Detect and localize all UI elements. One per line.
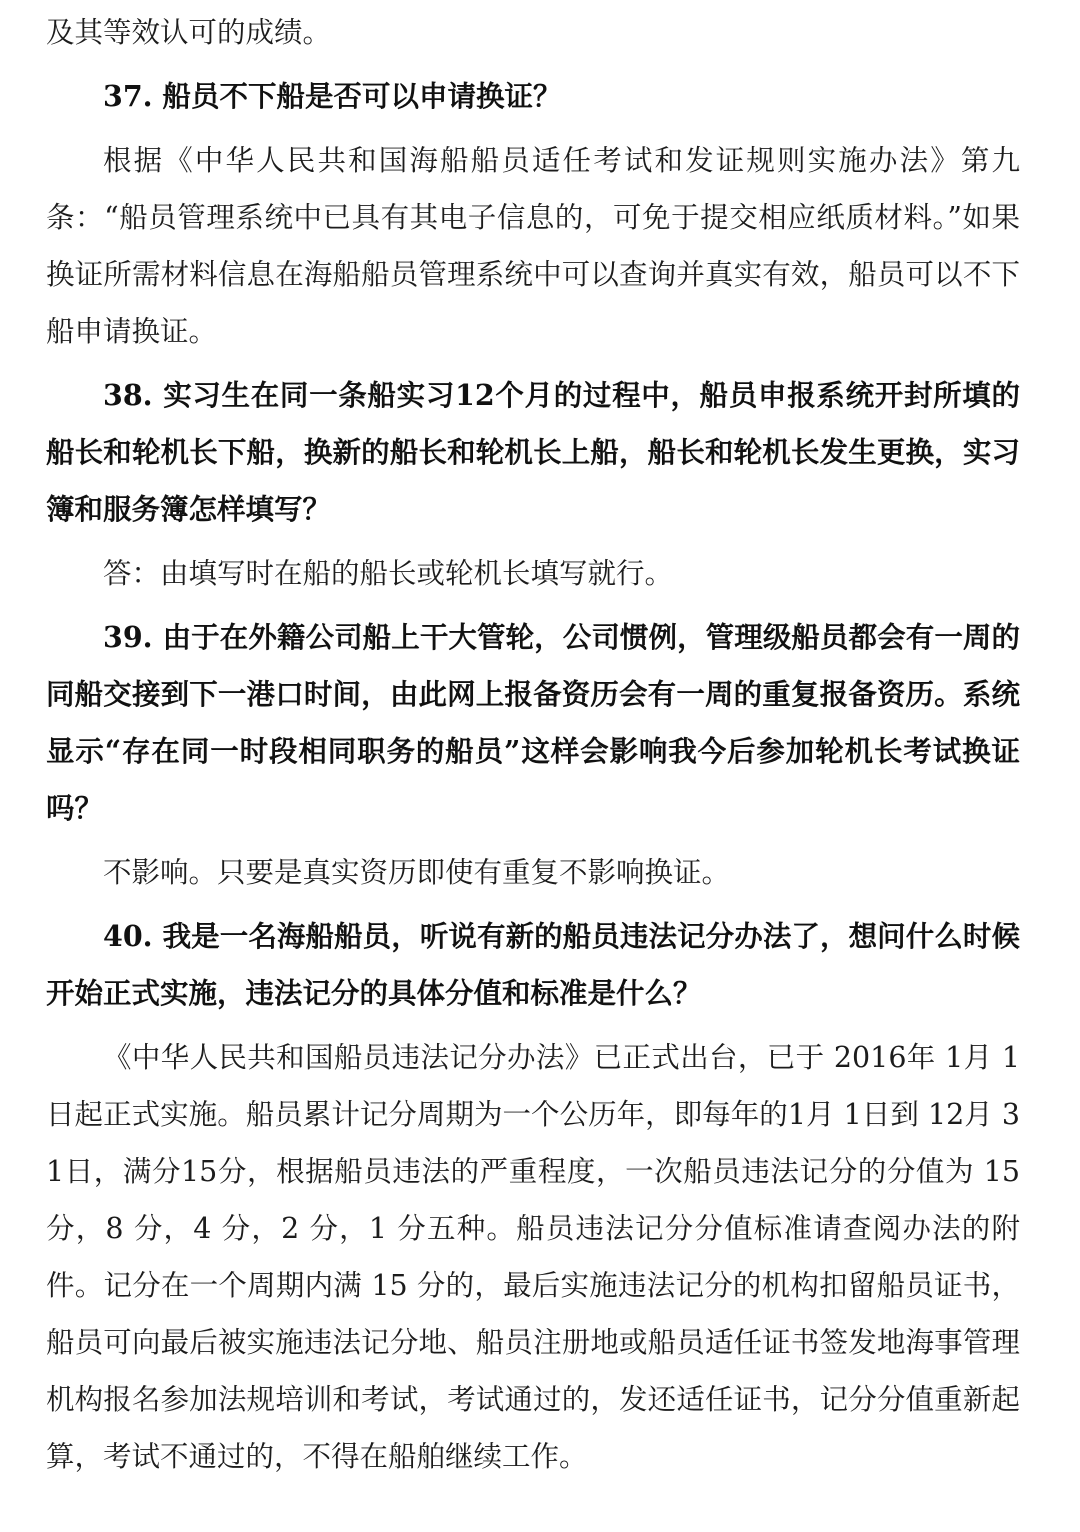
answer-40: 《中华人民共和国船员违法记分办法》已正式出台，已于 2016年 1月 1日起正式… [46,1029,1020,1485]
answer-37: 根据《中华人民共和国海船船员适任考试和发证规则实施办法》第九条：“船员管理系统中… [46,132,1020,360]
question-40: 40. 我是一名海船船员，听说有新的船员违法记分办法了，想问什么时候开始正式实施… [46,908,1020,1022]
question-38: 38. 实习生在同一条船实习12个月的过程中，船员申报系统开封所填的船长和轮机长… [46,367,1020,538]
answer-39: 不影响。只要是真实资历即使有重复不影响换证。 [46,844,1020,901]
continuation-text: 及其等效认可的成绩。 [46,4,1020,61]
document-page: 及其等效认可的成绩。 37. 船员不下船是否可以申请换证？ 根据《中华人民共和国… [0,0,1080,1532]
question-39: 39. 由于在外籍公司船上干大管轮，公司惯例，管理级船员都会有一周的同船交接到下… [46,609,1020,837]
answer-38: 答：由填写时在船的船长或轮机长填写就行。 [46,545,1020,602]
question-37: 37. 船员不下船是否可以申请换证？ [46,68,1020,125]
